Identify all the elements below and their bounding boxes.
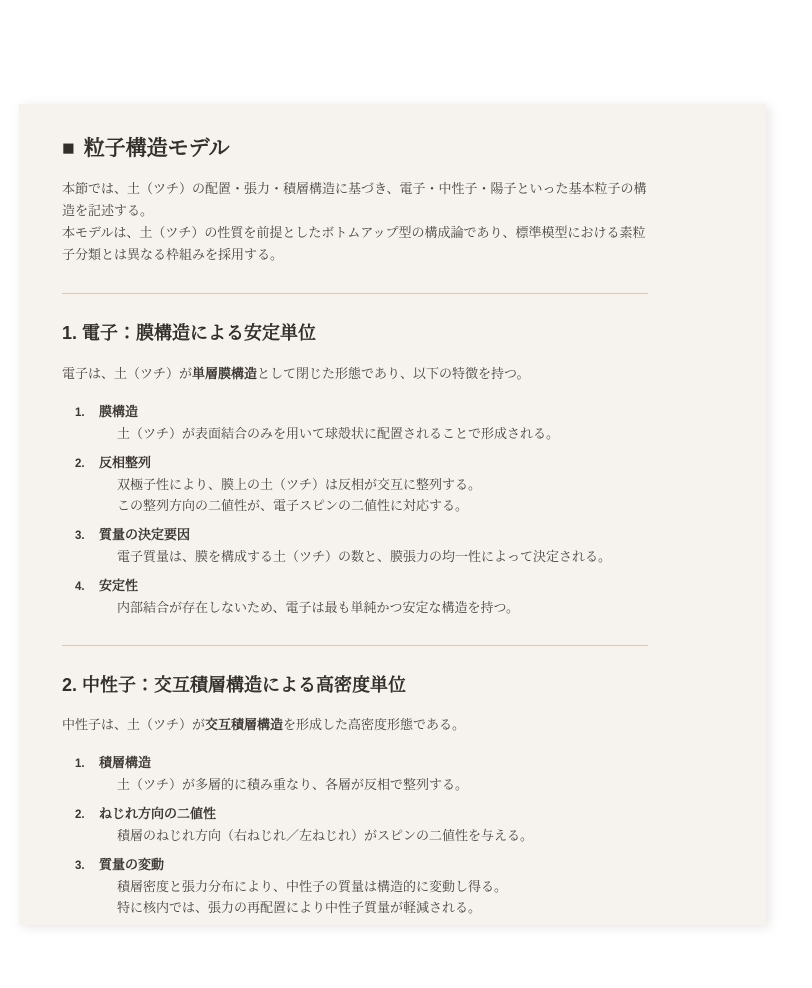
section-electron: 1. 電子：膜構造による安定単位 電子は、土（ツチ）が単層膜構造として閉じた形態… (62, 322, 648, 617)
list-item: 4. 安定性 内部結合が存在しないため、電子は最も単純かつ安定な構造を持つ。 (62, 576, 648, 618)
list-item-term: 質量の決定要因 (99, 525, 190, 545)
intro-paragraph: 本節では、土（ツチ）の配置・張力・積層構造に基づき、電子・中性子・陽子といった基… (62, 178, 648, 222)
list-item: 1. 膜構造 土（ツチ）が表面結合のみを用いて球殻状に配置されることで形成される… (62, 402, 648, 444)
section-lead: 電子は、土（ツチ）が単層膜構造として閉じた形態であり、以下の特徴を持つ。 (62, 363, 648, 385)
numbered-list: 1. 膜構造 土（ツチ）が表面結合のみを用いて球殻状に配置されることで形成される… (62, 402, 648, 618)
list-item: 1. 積層構造 土（ツチ）が多層的に積み重なり、各層が反相で整列する。 (62, 753, 648, 795)
list-item-description: 積層密度と張力分布により、中性子の質量は構造的に変動し得る。 (62, 876, 648, 897)
list-item-description: 双極子性により、膜上の土（ツチ）は反相が交互に整列する。 (62, 474, 648, 495)
list-item-description: 積層のねじれ方向（右ねじれ／左ねじれ）がスピンの二値性を与える。 (62, 825, 648, 846)
section-lead: 中性子は、土（ツチ）が交互積層構造を形成した高密度形態である。 (62, 714, 648, 736)
list-item-head: 2. 反相整列 (62, 453, 648, 474)
lead-emphasis: 交互積層構造 (205, 717, 283, 732)
lead-text: 電子は、土（ツチ）が (62, 366, 192, 381)
list-item-number: 3. (75, 526, 99, 546)
page-title-text: 粒子構造モデル (84, 137, 230, 160)
list-item-head: 1. 膜構造 (62, 402, 648, 423)
page-title: ■粒子構造モデル (62, 135, 648, 163)
list-item: 3. 質量の決定要因 電子質量は、膜を構成する土（ツチ）の数と、膜張力の均一性に… (62, 525, 648, 567)
section-divider (62, 293, 648, 294)
list-item-description: 内部結合が存在しないため、電子は最も単純かつ安定な構造を持つ。 (62, 597, 648, 618)
intro-paragraph: 本モデルは、土（ツチ）の性質を前提としたボトムアップ型の構成論であり、標準模型に… (62, 222, 648, 266)
numbered-list: 1. 積層構造 土（ツチ）が多層的に積み重なり、各層が反相で整列する。 2. ね… (62, 753, 648, 925)
list-item: 2. ねじれ方向の二値性 積層のねじれ方向（右ねじれ／左ねじれ）がスピンの二値性… (62, 804, 648, 846)
list-item-description: この整列方向の二値性が、電子スピンの二値性に対応する。 (62, 495, 648, 516)
list-item-term: 質量の変動 (99, 855, 164, 875)
list-item: 3. 質量の変動 積層密度と張力分布により、中性子の質量は構造的に変動し得る。 … (62, 855, 648, 918)
section-divider (62, 645, 648, 646)
list-item-number: 1. (75, 754, 99, 774)
section-heading: 1. 電子：膜構造による安定単位 (62, 322, 648, 345)
list-item-description: 土（ツチ）が表面結合のみを用いて球殻状に配置されることで形成される。 (62, 423, 648, 444)
lead-text: として閉じた形態であり、以下の特徴を持つ。 (257, 366, 529, 381)
list-item-number: 2. (75, 805, 99, 825)
list-item-head: 2. ねじれ方向の二値性 (62, 804, 648, 825)
list-item-number: 3. (75, 856, 99, 876)
list-item-description: 特に核内では、張力の再配置により中性子質量が軽減される。 (62, 897, 648, 918)
section-neutron: 2. 中性子：交互積層構造による高密度単位 中性子は、土（ツチ）が交互積層構造を… (62, 674, 648, 925)
list-item-term: 反相整列 (99, 453, 151, 473)
list-item-head: 3. 質量の決定要因 (62, 525, 648, 546)
list-item-number: 4. (75, 577, 99, 597)
list-item-number: 2. (75, 454, 99, 474)
lead-text: を形成した高密度形態である。 (283, 717, 465, 732)
list-item-head: 1. 積層構造 (62, 753, 648, 774)
list-item-description: 電子質量は、膜を構成する土（ツチ）の数と、膜張力の均一性によって決定される。 (62, 546, 648, 567)
list-item-head: 3. 質量の変動 (62, 855, 648, 876)
lead-emphasis: 単層膜構造 (192, 366, 257, 381)
list-item-head: 4. 安定性 (62, 576, 648, 597)
list-item-term: 安定性 (99, 576, 138, 596)
list-item-term: 膜構造 (99, 402, 138, 422)
list-item-number: 1. (75, 403, 99, 423)
section-heading: 2. 中性子：交互積層構造による高密度単位 (62, 674, 648, 697)
document-content: ■粒子構造モデル 本節では、土（ツチ）の配置・張力・積層構造に基づき、電子・中性… (19, 104, 766, 925)
list-item-description: 土（ツチ）が多層的に積み重なり、各層が反相で整列する。 (62, 774, 648, 795)
lead-text: 中性子は、土（ツチ）が (62, 717, 205, 732)
black-square-icon: ■ (62, 137, 75, 160)
list-item: 2. 反相整列 双極子性により、膜上の土（ツチ）は反相が交互に整列する。 この整… (62, 453, 648, 516)
document-panel: ■粒子構造モデル 本節では、土（ツチ）の配置・張力・積層構造に基づき、電子・中性… (19, 104, 766, 925)
list-item-term: ねじれ方向の二値性 (99, 804, 216, 824)
list-item-term: 積層構造 (99, 753, 151, 773)
